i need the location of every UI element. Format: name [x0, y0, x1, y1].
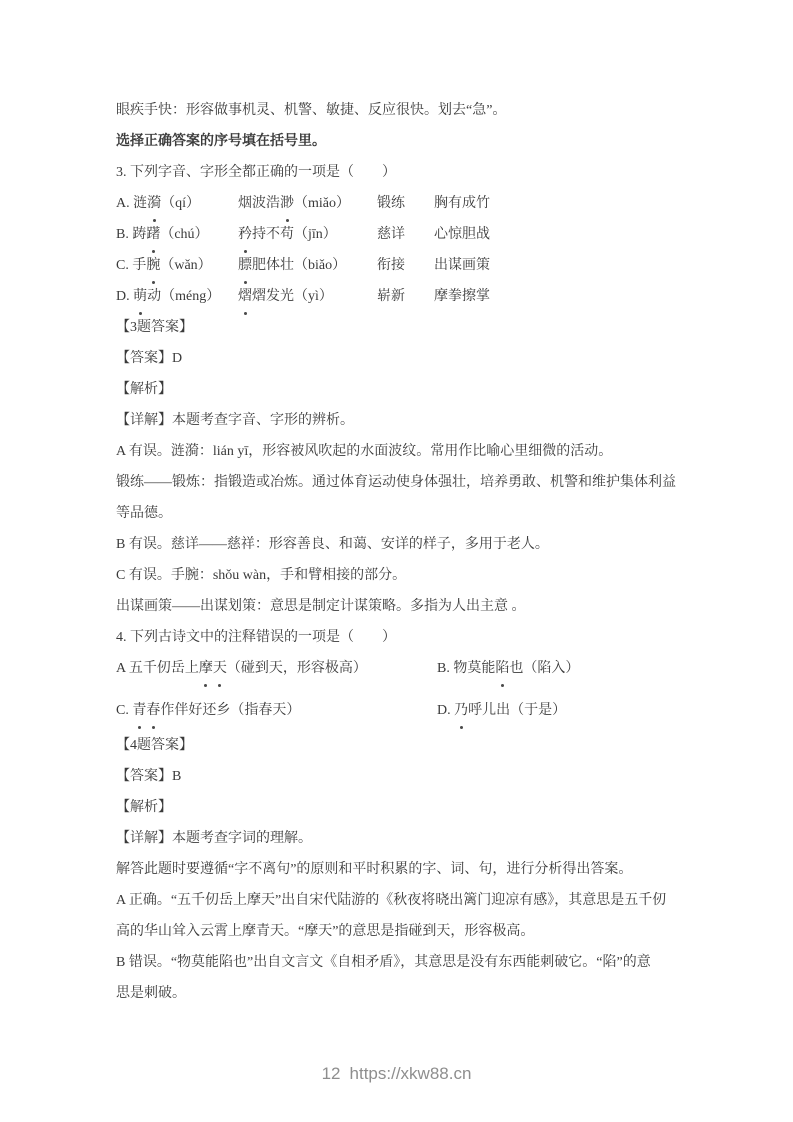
emphasized-char: 摩	[199, 653, 213, 684]
emphasized-char: 渺	[280, 188, 294, 219]
emphasized-char: 青	[132, 695, 146, 726]
emphasized-char: 腕	[146, 250, 160, 281]
text-run: 【答案】D	[116, 351, 182, 366]
emphasized-char: 天	[213, 653, 227, 684]
page-number: 12	[322, 1064, 341, 1083]
text-run: 烟波浩渺（miǎo）	[238, 188, 377, 219]
text-run: 【4题答案】	[116, 738, 193, 753]
section-instruction: 选择正确答案的序号填在括号里。	[116, 126, 736, 157]
text-run: 摩拳擦掌	[434, 281, 736, 312]
analysis-3-header: 【解析】	[116, 374, 736, 405]
page-footer: 12https://xkw88.cn	[0, 1064, 793, 1084]
emphasized-char: 萌	[133, 281, 147, 312]
text-run: 3. 下列字音、字形全都正确的一项是（ ）	[116, 165, 396, 180]
text-run: 心惊胆战	[434, 219, 736, 250]
text-run: 高的华山耸入云霄上摩青天。“摩天”的意思是指碰到天，形容极高。	[116, 924, 534, 939]
text-run: 【详解】本题考查字词的理解。	[116, 831, 312, 846]
text-run: 熠熠发光（yì）	[238, 281, 377, 312]
text-run: 解答此题时要遵循“字不离句”的原则和平时积累的字、词、句，进行分析得出答案。	[116, 862, 632, 877]
question-3-option-c: C. 手腕（wǎn）膘肥体壮（biǎo）衔接出谋画策	[116, 250, 736, 281]
idiom-explanation-line: 眼疾手快：形容做事机灵、机警、敏捷、反应很快。划去“急”。	[116, 95, 736, 126]
text-run: B 错误。“物莫能陷也”出自文言文《自相矛盾》，其意思是没有东西能刺破它。“陷”…	[116, 955, 651, 970]
question-4-options-ab: A 五千仞岳上摩天（碰到天，形容极高）B. 物莫能陷也（陷入）	[116, 653, 736, 684]
text-run: 胸有成竹	[434, 188, 736, 219]
text-run: B 有误。慈详——慈祥：形容善良、和蔼、安详的样子，多用于老人。	[116, 537, 549, 552]
emphasized-char: 漪	[147, 188, 161, 219]
analysis-3-a: A 有误。涟漪：lián yī，形容被风吹起的水面波纹。常用作比喻心里细微的活动…	[116, 436, 736, 467]
emphasized-char: 春	[146, 695, 160, 726]
analysis-4-b-cont: 思是刺破。	[116, 978, 736, 1009]
analysis-4-method: 解答此题时要遵循“字不离句”的原则和平时积累的字、词、句，进行分析得出答案。	[116, 854, 736, 885]
text-run: 慈详	[377, 219, 434, 250]
text-run: 【答案】B	[116, 769, 181, 784]
text-run: C. 青春作伴好还乡（指春天）	[116, 695, 437, 726]
analysis-3-c: C 有误。手腕：shǒu wàn，手和臂相接的部分。	[116, 560, 736, 591]
text-run: 【3题答案】	[116, 320, 193, 335]
text-run: 矜持不苟（jīn）	[238, 219, 377, 250]
question-4-stem: 4. 下列古诗文中的注释错误的一项是（ ）	[116, 622, 736, 653]
emphasized-char: 乃	[454, 695, 468, 726]
question-3-option-b: B. 踌躇（chú）矜持不苟（jīn）慈详心惊胆战	[116, 219, 736, 250]
text-run: 选择正确答案的序号填在括号里。	[116, 134, 326, 149]
text-run: 等品德。	[116, 506, 172, 521]
text-run: 出谋画策	[434, 250, 736, 281]
text-run: D. 萌动（méng）	[116, 281, 238, 312]
text-run: 思是刺破。	[116, 986, 186, 1001]
question-3-stem: 3. 下列字音、字形全都正确的一项是（ ）	[116, 157, 736, 188]
text-run: B. 踌躇（chú）	[116, 219, 238, 250]
analysis-3-duanlian: 锻练——锻炼：指锻造或冶炼。通过体育运动使身体强壮，培养勇敢、机警和维护集体利益	[116, 467, 736, 498]
emphasized-char: 陷	[495, 653, 509, 684]
text-run: 【详解】本题考查字音、字形的辨析。	[116, 413, 354, 428]
analysis-4-b: B 错误。“物莫能陷也”出自文言文《自相矛盾》，其意思是没有东西能刺破它。“陷”…	[116, 947, 736, 978]
text-run: C 有误。手腕：shǒu wàn，手和臂相接的部分。	[116, 568, 406, 583]
question-3-option-a: A. 涟漪（qí）烟波浩渺（miǎo）锻练胸有成竹	[116, 188, 736, 219]
text-run: 眼疾手快：形容做事机灵、机警、敏捷、反应很快。划去“急”。	[116, 103, 506, 118]
text-run: 锻练	[377, 188, 434, 219]
analysis-3-b: B 有误。慈详——慈祥：形容善良、和蔼、安详的样子，多用于老人。	[116, 529, 736, 560]
analysis-4-detail: 【详解】本题考查字词的理解。	[116, 823, 736, 854]
text-run: A 五千仞岳上摩天（碰到天，形容极高）	[116, 653, 437, 684]
analysis-3-chumou: 出谋画策——出谋划策：意思是制定计谋策略。多指为人出主意 。	[116, 591, 736, 622]
text-run: D. 乃呼儿出（于是）	[437, 695, 736, 726]
answer-4-value: 【答案】B	[116, 761, 736, 792]
text-run: 锻练——锻炼：指锻造或冶炼。通过体育运动使身体强壮，培养勇敢、机警和维护集体利益	[116, 475, 676, 490]
footer-url: https://xkw88.cn	[350, 1064, 472, 1083]
text-run: B. 物莫能陷也（陷入）	[437, 653, 736, 684]
emphasized-char: 躇	[146, 219, 160, 250]
question-3-option-d: D. 萌动（méng）熠熠发光（yì）崭新摩拳擦掌	[116, 281, 736, 312]
document-page: 眼疾手快：形容做事机灵、机警、敏捷、反应很快。划去“急”。选择正确答案的序号填在…	[0, 0, 793, 1122]
text-run: A 有误。涟漪：lián yī，形容被风吹起的水面波纹。常用作比喻心里细微的活动…	[116, 444, 612, 459]
text-run: 衔接	[377, 250, 434, 281]
text-run: 【解析】	[116, 382, 172, 397]
text-run: 【解析】	[116, 800, 172, 815]
text-run: 4. 下列古诗文中的注释错误的一项是（ ）	[116, 630, 396, 645]
analysis-4-a: A 正确。“五千仞岳上摩天”出自宋代陆游的《秋夜将晓出篱门迎凉有感》，其意思是五…	[116, 885, 736, 916]
text-run: C. 手腕（wǎn）	[116, 250, 238, 281]
analysis-4-header: 【解析】	[116, 792, 736, 823]
text-run: A. 涟漪（qí）	[116, 188, 238, 219]
emphasized-char: 膘	[238, 250, 252, 281]
document-body: 眼疾手快：形容做事机灵、机警、敏捷、反应很快。划去“急”。选择正确答案的序号填在…	[116, 95, 736, 1009]
answer-3-header: 【3题答案】	[116, 312, 736, 343]
text-run: 出谋画策——出谋划策：意思是制定计谋策略。多指为人出主意 。	[116, 599, 526, 614]
question-4-options-cd: C. 青春作伴好还乡（指春天）D. 乃呼儿出（于是）	[116, 695, 736, 726]
text-run: 膘肥体壮（biǎo）	[238, 250, 377, 281]
text-run: A 正确。“五千仞岳上摩天”出自宋代陆游的《秋夜将晓出篱门迎凉有感》，其意思是五…	[116, 893, 666, 908]
emphasized-char: 熠	[238, 281, 252, 312]
answer-3-value: 【答案】D	[116, 343, 736, 374]
analysis-3-duanlian-cont: 等品德。	[116, 498, 736, 529]
analysis-3-detail: 【详解】本题考查字音、字形的辨析。	[116, 405, 736, 436]
text-run: 崭新	[377, 281, 434, 312]
emphasized-char: 矜	[238, 219, 252, 250]
analysis-4-a-cont: 高的华山耸入云霄上摩青天。“摩天”的意思是指碰到天，形容极高。	[116, 916, 736, 947]
answer-4-header: 【4题答案】	[116, 730, 736, 761]
